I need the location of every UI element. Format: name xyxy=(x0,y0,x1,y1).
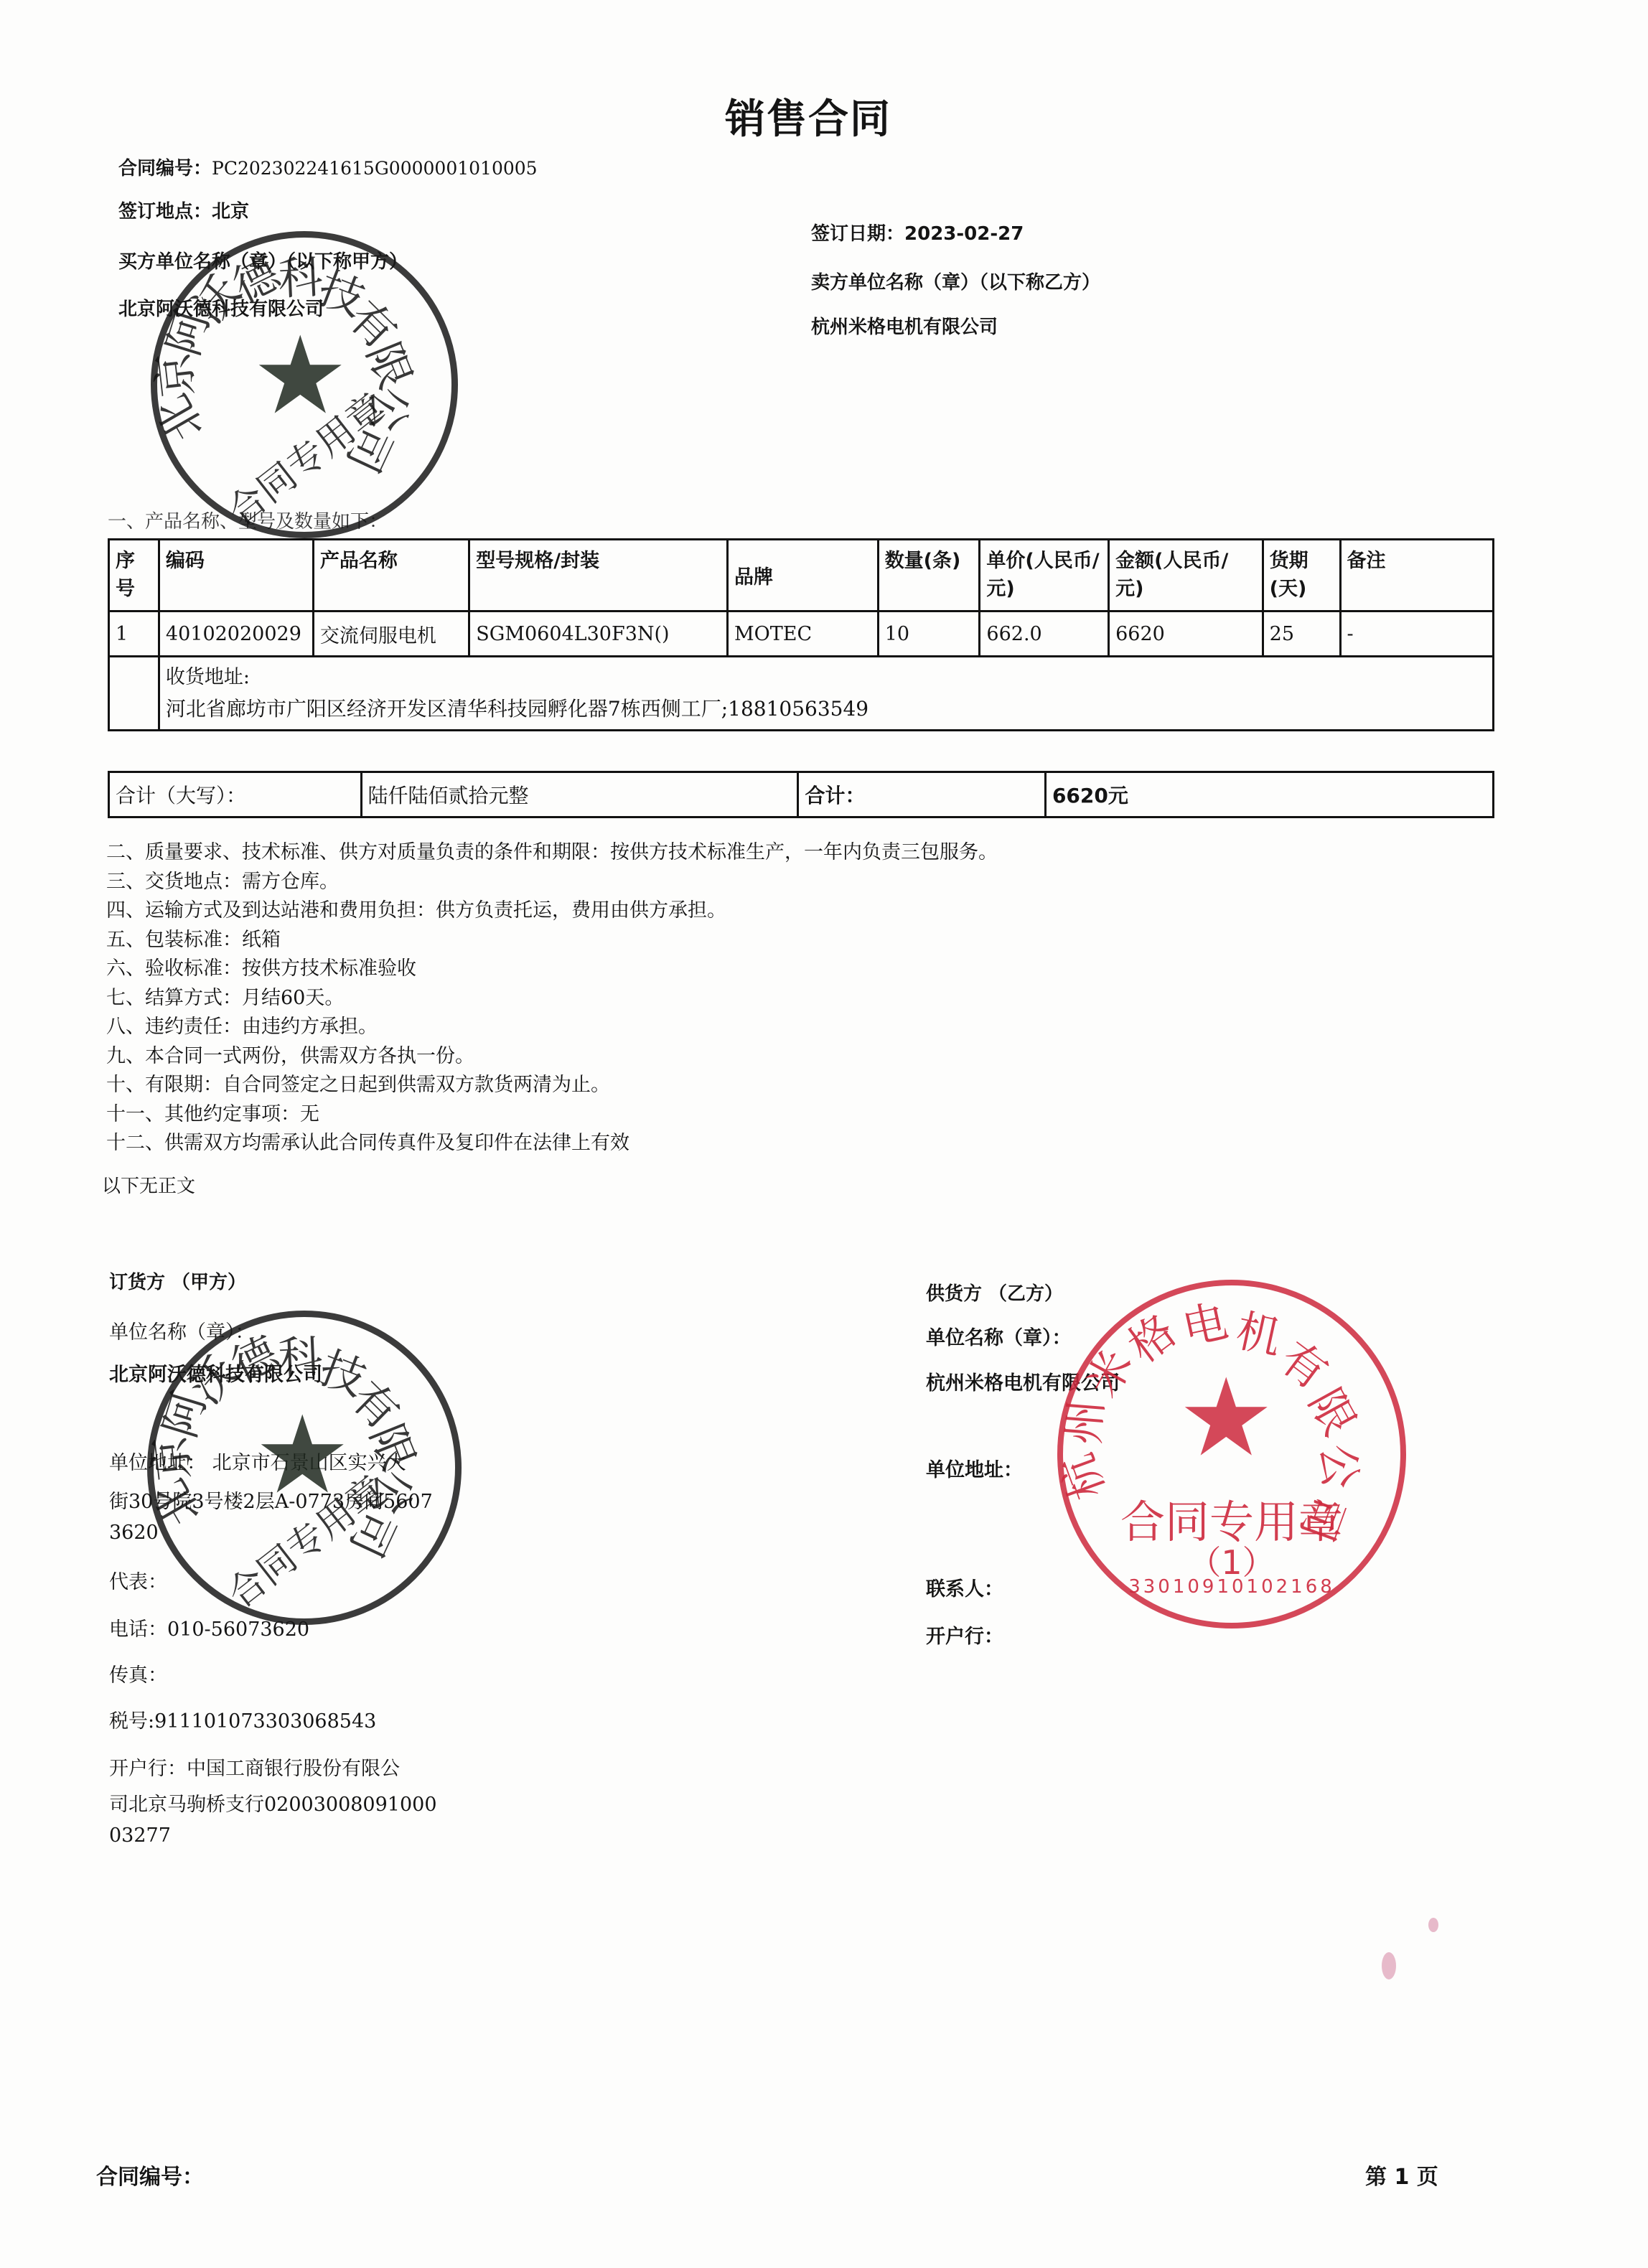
seal-ring-char: 公 xyxy=(1309,1441,1377,1491)
product-table: 序号 编码 产品名称 型号规格/封装 品牌 数量(条) 单价(人民币/元) 金额… xyxy=(108,538,1494,731)
clause-item: 九、本合同一式两份，供需双方各执一份。 xyxy=(106,1042,998,1072)
buyer-fax-label: 传真： xyxy=(109,1659,167,1687)
col-header-lead-days: 货期(天) xyxy=(1263,540,1340,611)
clause-item: 八、违约责任：由违约方承担。 xyxy=(106,1013,998,1042)
section-1-heading: 一、产品名称、型号及数量如下： xyxy=(108,507,388,533)
col-header-model: 型号规格/封装 xyxy=(469,540,728,611)
seal-ring-char: 格 xyxy=(1113,1297,1186,1374)
seal-ring-char: 司 xyxy=(334,418,411,485)
clause-item: 五、包装标准：纸箱 xyxy=(106,926,998,955)
clause-item: 二、质量要求、技术标准、供方对质量负责的条件和期限：按供方技术标准生产，一年内负… xyxy=(106,838,998,868)
cell-unit-price: 662.0 xyxy=(980,611,1109,657)
buyer-name: 北京阿沃德科技有限公司 xyxy=(118,294,324,321)
seal-ring-char: 州 xyxy=(1048,1397,1115,1447)
seal-ring-char: 司 xyxy=(1288,1488,1363,1552)
table-header-row: 序号 编码 产品名称 型号规格/封装 品牌 数量(条) 单价(人民币/元) 金额… xyxy=(109,540,1494,611)
seller-unit-name-label: 单位名称（章）： xyxy=(926,1322,1072,1350)
clause-item: 十二、供需双方均需承认此合同传真件及复印件在法律上有效 xyxy=(106,1129,998,1158)
delivery-address-value: 河北省廊坊市广阳区经济开发区清华科技园孵化器7栋西侧工厂;18810563549 xyxy=(166,693,1487,725)
total-value: 6620元 xyxy=(1045,772,1493,817)
col-header-qty: 数量(条) xyxy=(878,540,980,611)
total-upper-value: 陆仟陆佰贰拾元整 xyxy=(361,772,798,817)
clause-item: 十一、其他约定事项：无 xyxy=(106,1100,998,1130)
contract-number-label: 合同编号： xyxy=(118,158,212,179)
buyer-phone: 电话：010-56073620 xyxy=(109,1613,309,1641)
footer-page-number: 第 1 页 xyxy=(1365,2159,1438,2190)
seal-center-text: 合同专用章 xyxy=(1063,1486,1400,1550)
seller-unit-name: 杭州米格电机有限公司 xyxy=(926,1367,1120,1395)
buyer-tax-label: 税号: xyxy=(109,1710,154,1733)
seller-address-label: 单位地址： xyxy=(926,1454,1023,1482)
cell-amount: 6620 xyxy=(1109,611,1263,657)
document-title: 销售合同 xyxy=(725,88,891,145)
seal-ring-char: 限 xyxy=(1297,1375,1375,1445)
col-header-amount: 金额(人民币/元) xyxy=(1109,540,1263,611)
delivery-address-label: 收货地址: xyxy=(166,662,1487,693)
sign-date: 签订日期：2023-02-27 xyxy=(811,219,1024,245)
total-upper-label: 合计（大写）： xyxy=(109,772,362,817)
totals-table: 合计（大写）： 陆仟陆佰贰拾元整 合计： 6620元 xyxy=(108,771,1494,818)
ink-smudge xyxy=(1382,1952,1396,1979)
buyer-company-seal-top: ★ 北京阿沃德科技有限公司 合同专用章 xyxy=(151,231,458,538)
seal-ring-text: 杭州米格电机有限公司 xyxy=(1063,1285,1400,1623)
cell-code: 40102020029 xyxy=(159,611,313,657)
seal-ring-char: 阿 xyxy=(144,1383,218,1444)
buyer-unit-name: 北京阿沃德科技有限公司 xyxy=(109,1359,322,1387)
seller-bank-label: 开户行： xyxy=(926,1621,1003,1649)
seller-company-seal: ★ 杭州米格电机有限公司 合同专用章 （1） 3301091010216​8 xyxy=(1057,1280,1406,1629)
seller-name: 杭州米格电机有限公司 xyxy=(811,312,998,339)
col-header-unit-price: 单价(人民币/元) xyxy=(980,540,1109,611)
delivery-address-row: 收货地址: 河北省廊坊市广阳区经济开发区清华科技园孵化器7栋西侧工厂;18810… xyxy=(109,657,1494,731)
buyer-bank-line3: 03277 xyxy=(109,1824,171,1847)
seal-ring-char: 有 xyxy=(1269,1323,1343,1401)
clause-item: 七、结算方式：月结60天。 xyxy=(106,984,998,1013)
cell-remark: - xyxy=(1340,611,1493,657)
buyer-address-line3: 3620 xyxy=(109,1522,159,1544)
seal-ring-char: 有 xyxy=(340,1364,416,1441)
address-spacer-cell xyxy=(109,657,159,731)
cell-model: SGM0604L30F3N() xyxy=(469,611,728,657)
seal-center-text: 合同专用章 xyxy=(172,345,436,569)
buyer-tax: 税号:911101073303068543 xyxy=(109,1705,376,1733)
buyer-phone-label: 电话： xyxy=(109,1618,167,1641)
seal-ring-char: 公 xyxy=(359,387,424,433)
cell-product-name: 交流伺服电机 xyxy=(313,611,469,657)
sign-date-label: 签订日期： xyxy=(811,223,904,245)
buyer-rep-label: 代表： xyxy=(109,1566,167,1594)
col-header-code: 编码 xyxy=(159,540,313,611)
buyer-tax-value: 911101073303068543 xyxy=(154,1710,376,1733)
cell-qty: 10 xyxy=(878,611,980,657)
col-header-seq: 序号 xyxy=(109,540,159,611)
total-label: 合计： xyxy=(798,772,1046,817)
col-header-remark: 备注 xyxy=(1340,540,1493,611)
buyer-address-line2: 街30号院3号楼2层A-0773房间5607 xyxy=(109,1486,433,1514)
clause-item: 十、有限期：自合同签定之日起到供需双方款货两清为止。 xyxy=(106,1071,998,1100)
footer-contract-no-label: 合同编号： xyxy=(96,2159,204,2190)
seal-ring-char: 电 xyxy=(1176,1285,1232,1357)
buyer-bank-line2: 司北京马驹桥支行02003008091000 xyxy=(109,1789,437,1817)
contract-number: 合同编号：PC2023022416​15G0000001010005 xyxy=(118,154,538,180)
contract-clauses: 二、质量要求、技术标准、供方对质量负责的条件和期限：按供方技术标准生产，一年内负… xyxy=(106,838,998,1158)
star-icon: ★ xyxy=(252,322,348,430)
cell-seq: 1 xyxy=(109,611,159,657)
buyer-label: 买方单位名称（章）（以下称甲方） xyxy=(118,247,408,273)
clause-item: 四、运输方式及到达站港和费用负担：供方负责托运，费用由供方承担。 xyxy=(106,896,998,926)
end-note: 以下无正文 xyxy=(102,1171,195,1198)
contract-number-value: PC2023022416​15G0000001010005 xyxy=(212,158,538,179)
buyer-unit-name-label: 单位名称（章）： xyxy=(109,1316,255,1344)
table-row: 1 40102020029 交流伺服电机 SGM0604L30F3N() MOT… xyxy=(109,611,1494,657)
col-header-product-name: 产品名称 xyxy=(313,540,469,611)
buyer-address-line1: 单位地址： 北京市石景山区实兴大 xyxy=(109,1447,406,1475)
seal-ring-char: 机 xyxy=(1231,1295,1288,1367)
clause-item: 六、验收标准：按供方技术标准验收 xyxy=(106,955,998,984)
delivery-address-cell: 收货地址: 河北省廊坊市广阳区经济开发区清华科技园孵化器7栋西侧工厂;18810… xyxy=(159,657,1493,731)
buyer-block-heading: 订货方 （甲方） xyxy=(109,1267,246,1294)
cell-lead-days: 25 xyxy=(1263,611,1340,657)
col-header-brand: 品牌 xyxy=(727,540,878,611)
ink-smudge xyxy=(1428,1918,1438,1932)
seller-label: 卖方单位名称（章）（以下称乙方） xyxy=(811,268,1100,294)
seller-block-heading: 供货方 （乙方） xyxy=(926,1279,1063,1306)
seal-ring-char: 杭 xyxy=(1041,1446,1117,1510)
buyer-phone-value: 010-56073620 xyxy=(167,1618,309,1641)
cell-brand: MOTEC xyxy=(727,611,878,657)
seal-sub-text: （1） xyxy=(1063,1537,1400,1584)
seller-contact-label: 联系人： xyxy=(926,1573,1003,1601)
seal-ring-text: 北京阿沃德科技有限公司 xyxy=(157,238,451,532)
clause-item: 三、交货地点：需方仓库。 xyxy=(106,868,998,897)
seal-number: 3301091010216​8 xyxy=(1063,1576,1400,1598)
star-icon: ★ xyxy=(1178,1364,1274,1472)
sign-place-label: 签订地点： xyxy=(118,201,212,222)
sign-place-value: 北京 xyxy=(212,201,249,222)
seal-ring-char: 有 xyxy=(337,283,414,360)
sign-date-value: 2023-02-27 xyxy=(904,223,1024,245)
seal-ring-char: 北 xyxy=(138,385,215,455)
buyer-bank-line1: 开户行：中国工商银行股份有限公 xyxy=(109,1753,400,1781)
seal-ring-char: 京 xyxy=(137,350,205,401)
seal-ring-char: 限 xyxy=(355,332,431,397)
sign-place: 签订地点：北京 xyxy=(118,197,249,223)
